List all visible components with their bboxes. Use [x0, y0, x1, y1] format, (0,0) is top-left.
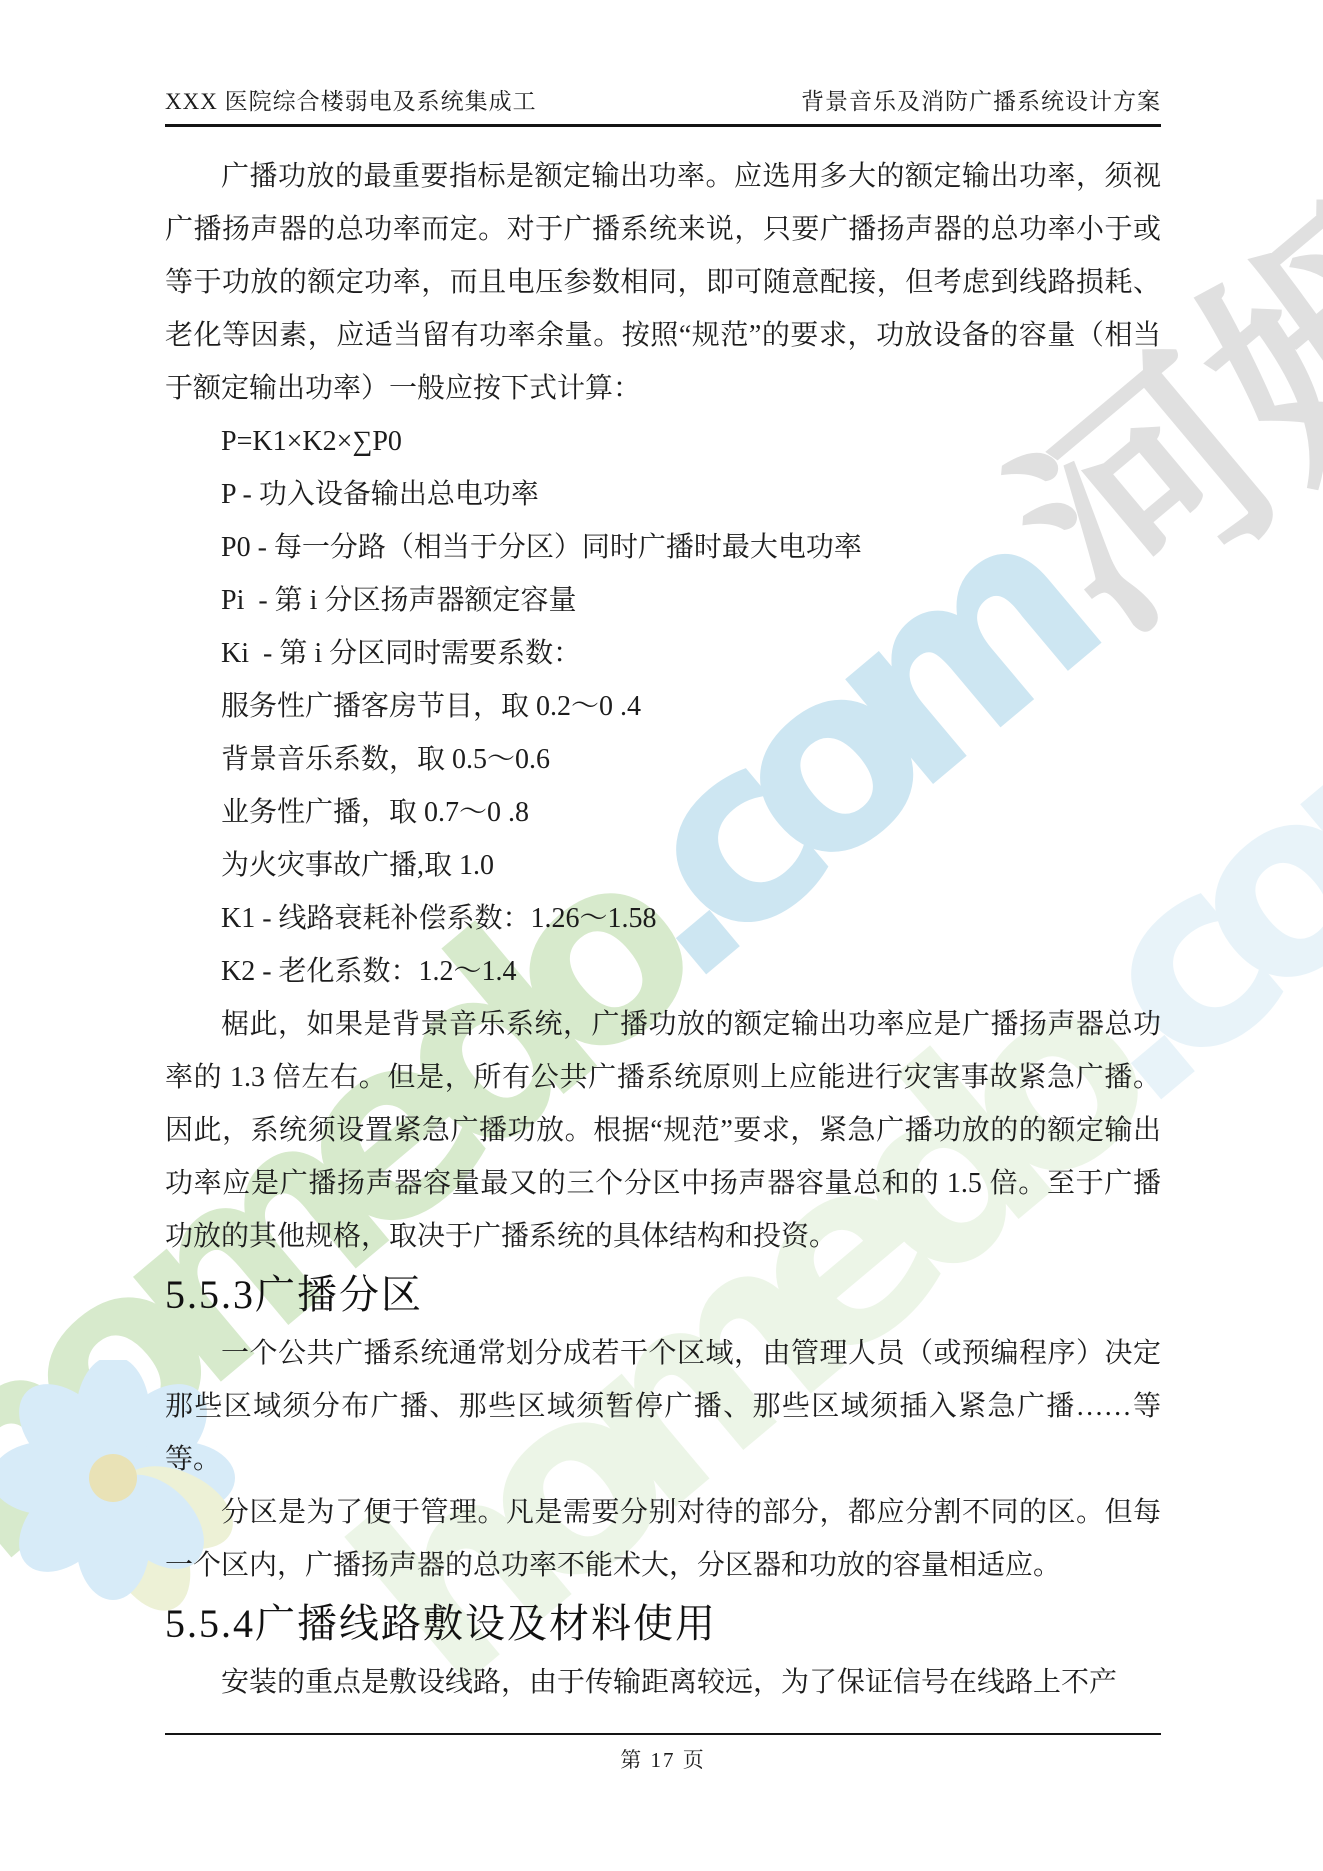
- formula-line: Ki - 第 i 分区同时需要系数：: [165, 627, 1161, 680]
- section-heading: 5.5.4广播线路敷设及材料使用: [165, 1594, 1161, 1654]
- formula-line: P=K1×K2×∑P0: [165, 415, 1161, 468]
- formula-line: 为火灾事故广播,取 1.0: [165, 839, 1161, 892]
- formula-line: K1 - 线路衰耗补偿系数：1.26～1.58: [165, 892, 1161, 945]
- formula-line: 服务性广播客房节目，取 0.2～0 .4: [165, 680, 1161, 733]
- formula-line: 业务性广播，取 0.7～0 .8: [165, 786, 1161, 839]
- paragraph: 一个公共广播系统通常划分成若干个区域，由管理人员（或预编程序）决定那些区域须分布…: [165, 1327, 1161, 1486]
- section-heading: 5.5.3广播分区: [165, 1265, 1161, 1325]
- formula-line: P - 功入设备输出总电功率: [165, 468, 1161, 521]
- formula-line: 背景音乐系数，取 0.5～0.6: [165, 733, 1161, 786]
- header-right-title: 背景音乐及消防广播系统设计方案: [801, 88, 1161, 115]
- document-body: 广播功放的最重要指标是额定输出功率。应选用多大的额定输出功率，须视广播扬声器的总…: [165, 129, 1161, 1709]
- paragraph: 椐此，如果是背景音乐系统，广播功放的额定输出功率应是广播扬声器总功率的 1.3 …: [165, 998, 1161, 1263]
- paragraph: 安装的重点是敷设线路，由于传输距离较远，为了保证信号在线路上不产: [165, 1656, 1161, 1709]
- document-page: { "header": { "left_title": "XXX 医院综合楼弱电…: [0, 0, 1323, 1871]
- flower-center: [89, 1454, 137, 1502]
- formula-line: Pi - 第 i 分区扬声器额定容量: [165, 574, 1161, 627]
- formula-line: K2 - 老化系数：1.2～1.4: [165, 945, 1161, 998]
- page-footer: 第 17 页: [165, 1733, 1161, 1774]
- formula-line: P0 - 每一分路（相当于分区）同时广播时最大电功率: [165, 521, 1161, 574]
- paragraph: 分区是为了便于管理。凡是需要分别对待的部分，都应分割不同的区。但每一个区内，广播…: [165, 1486, 1161, 1592]
- page-number: 第 17 页: [620, 1748, 706, 1772]
- header-left-title: XXX 医院综合楼弱电及系统集成工: [165, 88, 537, 115]
- page-header: XXX 医院综合楼弱电及系统集成工 背景音乐及消防广播系统设计方案: [165, 0, 1161, 127]
- paragraph: 广播功放的最重要指标是额定输出功率。应选用多大的额定输出功率，须视广播扬声器的总…: [165, 150, 1161, 415]
